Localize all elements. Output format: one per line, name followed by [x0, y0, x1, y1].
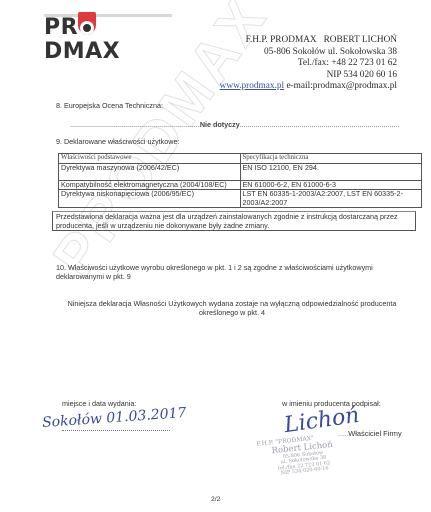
company-stamp: F.H.P. "PRODMAX" Robert Lichoń 05-806 So…	[256, 431, 350, 479]
table-header-cell: Specyfikacja techniczna	[240, 154, 422, 164]
place-date-label: miejsce i data wydania:	[62, 399, 136, 408]
owner-role: .....Właściciel Firmy	[338, 429, 402, 438]
company-address: 05-806 Sokołów ul. Sokołowska 38	[220, 47, 397, 59]
table-cell: EN ISO 12100, EN 294.	[240, 163, 422, 180]
section-8-label: 8. Europejska Ocena Techniczna:	[56, 101, 163, 110]
section-8-value-line: ........................................…	[70, 120, 400, 129]
table-row: Dyrektywa niskonapięciowa (2006/95/EC) L…	[59, 190, 422, 208]
properties-table: Właściwości podstawowe Specyfikacja tech…	[58, 153, 422, 208]
section-10-text: 10. Właściwości użytkowe wyrobu określon…	[56, 264, 396, 282]
validity-note: Przedstawiona deklaracja ważna jest dla …	[52, 211, 416, 231]
declaration-text: Niniejsza deklaracja Własności Użytkowyc…	[56, 300, 408, 318]
table-header-cell: Właściwości podstawowe	[59, 154, 241, 164]
table-cell: Dyrektywa maszynowa (2006/42/EC)	[59, 163, 241, 180]
logo-wordmark: PRDMAX	[44, 16, 172, 64]
company-name: F.H.P. PRODMAX ROBERT LICHOŃ	[220, 35, 397, 47]
company-info: F.H.P. PRODMAX ROBERT LICHOŃ 05-806 Soko…	[220, 35, 397, 93]
logo-o-icon	[78, 16, 96, 40]
table-header-row: Właściwości podstawowe Specyfikacja tech…	[59, 154, 422, 164]
table-cell: LST EN 60335-1-2003/A2:2007, LST EN 6033…	[240, 190, 422, 208]
company-phone: Tel./fax: +48 22 723 01 62	[220, 58, 397, 70]
table-cell: Dyrektywa niskonapięciowa (2006/95/EC)	[59, 190, 241, 208]
prodmax-logo: PRDMAX	[44, 10, 172, 40]
section-8-value: Nie dotyczy	[200, 120, 240, 129]
place-date-signature: Sokołów 01.03.2017	[42, 405, 187, 431]
page-number: 2/2	[211, 496, 220, 503]
company-nip: NIP 534 020 60 16	[220, 70, 397, 82]
table-row: Dyrektywa maszynowa (2006/42/EC) EN ISO …	[59, 163, 422, 180]
website-link[interactable]: www.prodmax.pl	[220, 81, 284, 91]
section-9-label: 9. Deklarowane właściwości użytkowe:	[56, 137, 179, 146]
place-date-line	[62, 430, 170, 431]
company-email: e-mail:prodmax@prodmax.pl	[286, 81, 397, 91]
